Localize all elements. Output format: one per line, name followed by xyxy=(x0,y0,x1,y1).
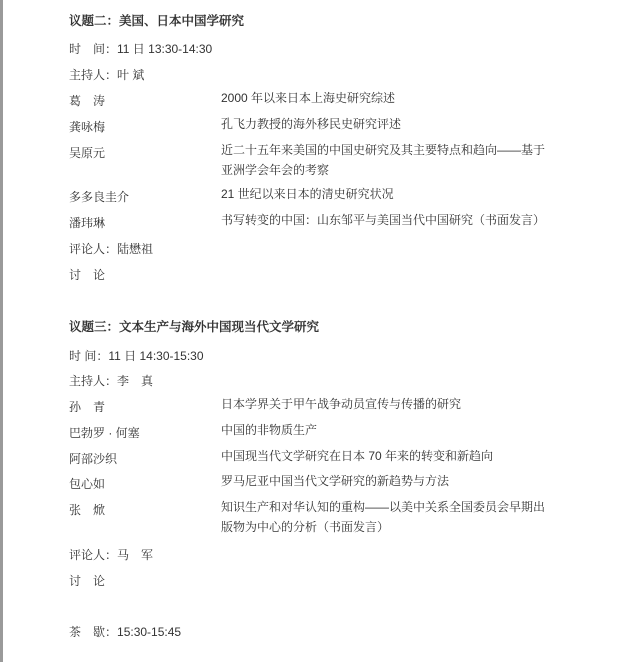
host-label: 主持人： xyxy=(69,68,117,82)
speaker-name: 龚咏梅 xyxy=(69,118,105,135)
time-label: 时 间： xyxy=(69,349,108,363)
speaker-name: 巴勃罗 · 何塞 xyxy=(69,424,140,441)
host-name: 叶 斌 xyxy=(117,68,144,82)
speaker-name: 葛 涛 xyxy=(69,92,105,109)
paper-title: 孔飞力教授的海外移民史研究评述 xyxy=(221,114,556,134)
session-host: 主持人：叶 斌 xyxy=(69,66,144,83)
speaker-name: 包心如 xyxy=(69,475,105,492)
speaker-name: 孙 青 xyxy=(69,398,105,415)
time-label: 时 间： xyxy=(69,42,117,56)
session-discussant: 评论人：马 军 xyxy=(69,546,153,563)
speaker-name: 阿部沙织 xyxy=(69,450,117,467)
left-border xyxy=(0,0,3,662)
break-time: 15:30-15:45 xyxy=(117,625,181,639)
paper-title: 21 世纪以来日本的清史研究状况 xyxy=(221,184,556,204)
paper-title: 近二十五年来美国的中国史研究及其主要特点和趋向——基于亚洲学会年会的考察 xyxy=(221,140,556,180)
session-title: 议题三：文本生产与海外中国现当代文学研究 xyxy=(69,317,319,335)
discussant-name: 陆懋祖 xyxy=(117,242,153,256)
tea-break: 茶 歇：15:30-15:45 xyxy=(69,623,181,640)
discussant-label: 评论人： xyxy=(69,242,117,256)
session-discussant: 评论人：陆懋祖 xyxy=(69,240,153,257)
speaker-name: 张 焮 xyxy=(69,501,105,518)
session-discussion: 讨 论 xyxy=(69,572,105,589)
session-time: 时 间：11 日 13:30-14:30 xyxy=(69,40,212,57)
time-value: 11 日 14:30-15:30 xyxy=(108,349,203,363)
discussant-name: 马 军 xyxy=(117,548,153,562)
paper-title: 中国的非物质生产 xyxy=(221,420,556,440)
paper-title: 知识生产和对华认知的重构——以美中关系全国委员会早期出版物为中心的分析（书面发言… xyxy=(221,497,556,537)
host-label: 主持人： xyxy=(69,374,117,388)
paper-title: 日本学界关于甲午战争动员宣传与传播的研究 xyxy=(221,394,556,414)
paper-title: 2000 年以来日本上海史研究综述 xyxy=(221,88,556,108)
speaker-name: 吴原元 xyxy=(69,144,105,161)
time-value: 11 日 13:30-14:30 xyxy=(117,42,212,56)
host-name: 李 真 xyxy=(117,374,153,388)
discussant-label: 评论人： xyxy=(69,548,117,562)
session-discussion: 讨 论 xyxy=(69,266,105,283)
speaker-name: 多多良圭介 xyxy=(69,188,129,205)
paper-title: 书写转变的中国：山东邹平与美国当代中国研究（书面发言） xyxy=(221,210,556,230)
session-time: 时 间：11 日 14:30-15:30 xyxy=(69,347,204,364)
paper-title: 中国现当代文学研究在日本 70 年来的转变和新趋向 xyxy=(221,446,556,466)
speaker-name: 潘玮琳 xyxy=(69,214,105,231)
paper-title: 罗马尼亚中国当代文学研究的新趋势与方法 xyxy=(221,471,556,491)
session-host: 主持人：李 真 xyxy=(69,372,153,389)
break-label: 茶 歇： xyxy=(69,625,117,639)
session-title: 议题二：美国、日本中国学研究 xyxy=(69,11,244,29)
